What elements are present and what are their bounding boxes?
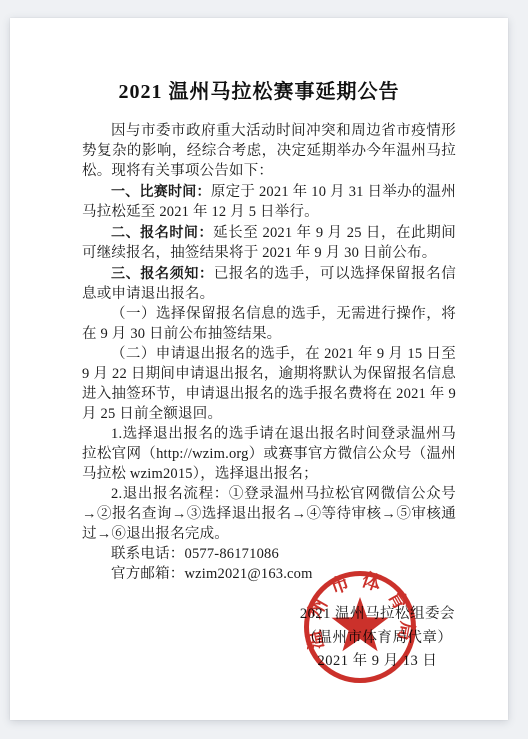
signature-date: 2021 年 9 月 13 日 — [300, 650, 455, 674]
note-keep-registration: （一）选择保留报名信息的选手，无需进行操作，将在 9 月 30 日前公布抽签结果… — [82, 304, 456, 344]
step-withdraw-login: 1.选择退出报名的选手请在退出报名时间登录温州马拉松官网（http://wzim… — [82, 424, 456, 484]
contact-email: 官方邮箱：wzim2021@163.com — [82, 564, 456, 584]
intro-paragraph: 因与市委市政府重大活动时间冲突和周边省市疫情形势复杂的影响，经综合考虑，决定延期… — [82, 121, 456, 181]
notice-body: 因与市委市政府重大活动时间冲突和周边省市疫情形势复杂的影响，经综合考虑，决定延期… — [82, 121, 456, 584]
section-race-time-lead: 一、比赛时间： — [111, 183, 211, 199]
section-race-time: 一、比赛时间：原定于 2021 年 10 月 31 日举办的温州马拉松延至 20… — [82, 181, 456, 222]
notice-title: 2021 温州马拉松赛事延期公告 — [10, 75, 508, 104]
section-registration-notice-lead: 三、报名须知： — [111, 265, 214, 281]
section-registration-time: 二、报名时间：延长至 2021 年 9 月 25 日，在此期间可继续报名，抽签结… — [82, 222, 456, 263]
section-registration-notice: 三、报名须知：已报名的选手，可以选择保留报名信息或申请退出报名。 — [82, 263, 456, 304]
signature-seal-note: （温州市体育局代章） — [300, 627, 455, 651]
step-withdraw-flow: 2.退出报名流程：①登录温州马拉松官网微信公众号→②报名查询→③选择退出报名→④… — [82, 484, 456, 544]
signature-block: 2021 温州马拉松组委会 （温州市体育局代章） 2021 年 9 月 13 日 — [300, 603, 455, 674]
note-withdraw-registration: （二）申请退出报名的选手，在 2021 年 9 月 15 日至 9 月 22 日… — [82, 344, 456, 424]
section-registration-time-lead: 二、报名时间： — [111, 224, 213, 240]
contact-phone: 联系电话：0577-86171086 — [82, 544, 456, 564]
signature-org: 2021 温州马拉松组委会 — [300, 603, 455, 627]
notice-page: 2021 温州马拉松赛事延期公告 因与市委市政府重大活动时间冲突和周边省市疫情形… — [10, 18, 508, 720]
